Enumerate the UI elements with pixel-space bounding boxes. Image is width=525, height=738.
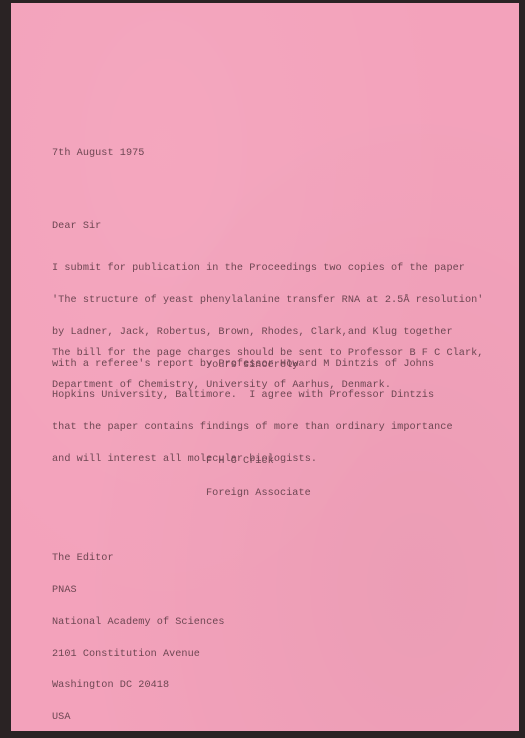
body-line: The bill for the page charges should be … [52,349,483,360]
body-line: that the paper contains findings of more… [52,423,483,434]
address-line: PNAS [52,586,225,597]
address-line: National Academy of Sciences [52,618,225,629]
body-line: I submit for publication in the Proceedi… [52,264,483,275]
body-line: Department of Chemistry, University of A… [52,381,483,392]
address-line: 2101 Constitution Avenue [52,650,225,661]
recipient-address: The Editor PNAS National Academy of Scie… [52,533,225,738]
closing: Yours sincerely [206,361,298,372]
address-line: The Editor [52,554,225,565]
letter-page: 7th August 1975 Dear Sir I submit for pu… [11,3,519,731]
body-line: 'The structure of yeast phenylalanine tr… [52,296,483,307]
signature-block: F H C Crick Foreign Associate [206,436,311,521]
address-line: USA [52,713,225,724]
address-line: Washington DC 20418 [52,681,225,692]
signature-name: F H C Crick [206,457,311,468]
signature-title: Foreign Associate [206,489,311,500]
salutation: Dear Sir [52,222,101,233]
letter-date: 7th August 1975 [52,149,144,160]
